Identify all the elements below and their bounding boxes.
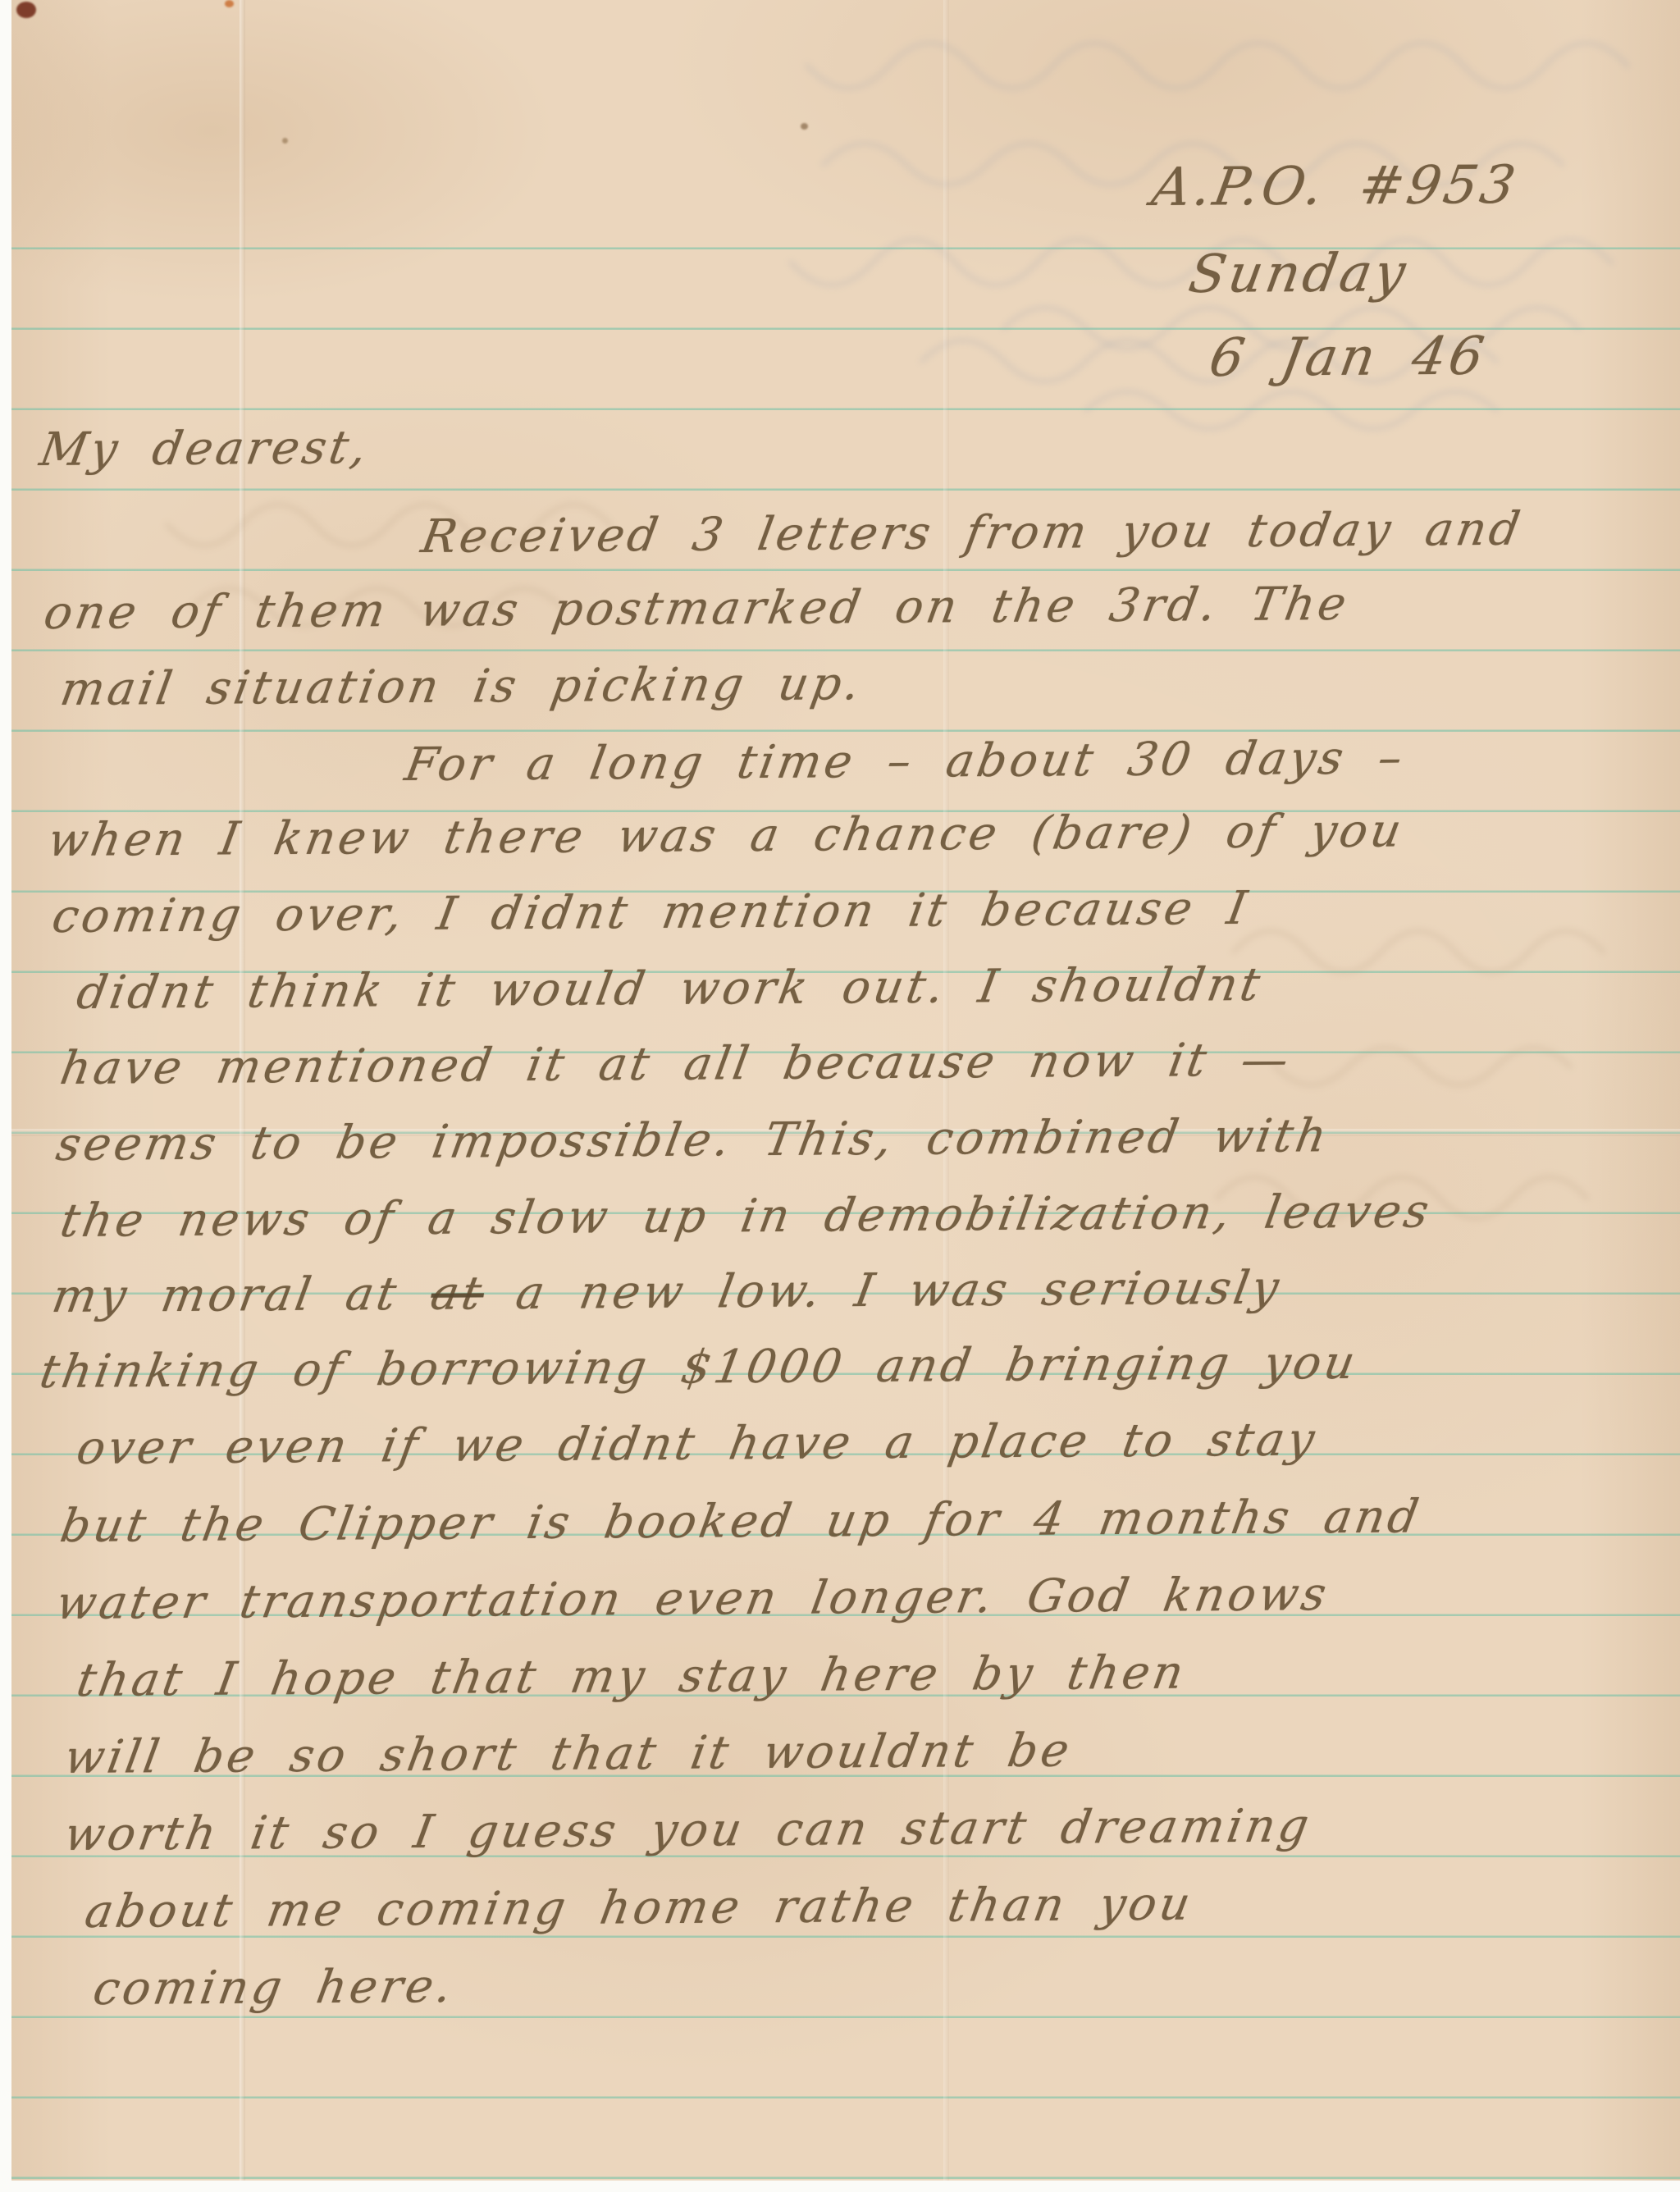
letter-line: have mentioned it at all because now it …	[57, 1034, 1295, 1095]
letter-line: thinking of borrowing $1000 and bringing…	[36, 1336, 1362, 1399]
letter-line: coming over, I didnt mention it because …	[48, 882, 1253, 943]
scanned-letter: A.P.O. #953Sunday6 Jan 46My dearest,Rece…	[0, 0, 1680, 2192]
letter-line: worth it so I guess you can start dreami…	[61, 1799, 1316, 1861]
letter-line: that I hope that my stay here by then	[73, 1646, 1190, 1707]
letter-day-line: Sunday	[1185, 243, 1413, 305]
letter-line: but the Clipper is booked up for 4 month…	[57, 1490, 1426, 1553]
letter-line: For a long time – about 30 days –	[401, 732, 1409, 792]
letter-line-text: a new low. I was seriously	[479, 1262, 1285, 1321]
letter-line: will be so short that it wouldnt be	[61, 1724, 1076, 1784]
letter-salutation: My dearest,	[36, 421, 374, 477]
letter-line: mail situation is picking up.	[57, 657, 867, 716]
letter-line: Received 3 letters from you today and	[418, 503, 1527, 564]
letter-line: coming here.	[89, 1960, 459, 2016]
letter-line: when I knew there was a chance (bare) of…	[44, 804, 1408, 867]
letter-page: A.P.O. #953Sunday6 Jan 46My dearest,Rece…	[11, 0, 1680, 2181]
letter-date-line: 6 Jan 46	[1205, 327, 1491, 389]
letter-line-text: my moral at	[48, 1267, 436, 1323]
letter-line: seems to be impossible. This, combined w…	[52, 1109, 1334, 1171]
paper-speck	[282, 138, 288, 144]
letter-line: one of them was postmarked on the 3rd. T…	[40, 578, 1354, 640]
paper-speck	[225, 0, 234, 7]
letter-line: about me coming home rathe than you	[81, 1878, 1198, 1939]
letter-apo-line: A.P.O. #953	[1148, 155, 1522, 218]
paper-speck	[801, 123, 808, 130]
letter-line: over even if we didnt have a place to st…	[73, 1413, 1322, 1475]
crossed-out-word: at	[427, 1267, 488, 1320]
ink-stain	[16, 2, 36, 18]
letter-line: my moral at at a new low. I was seriousl…	[48, 1262, 1285, 1323]
letter-line: water transportation even longer. God kn…	[52, 1568, 1333, 1630]
letter-line: didnt think it would work out. I shouldn…	[73, 958, 1267, 1020]
letter-line: the news of a slow up in demobilization,…	[57, 1185, 1436, 1248]
